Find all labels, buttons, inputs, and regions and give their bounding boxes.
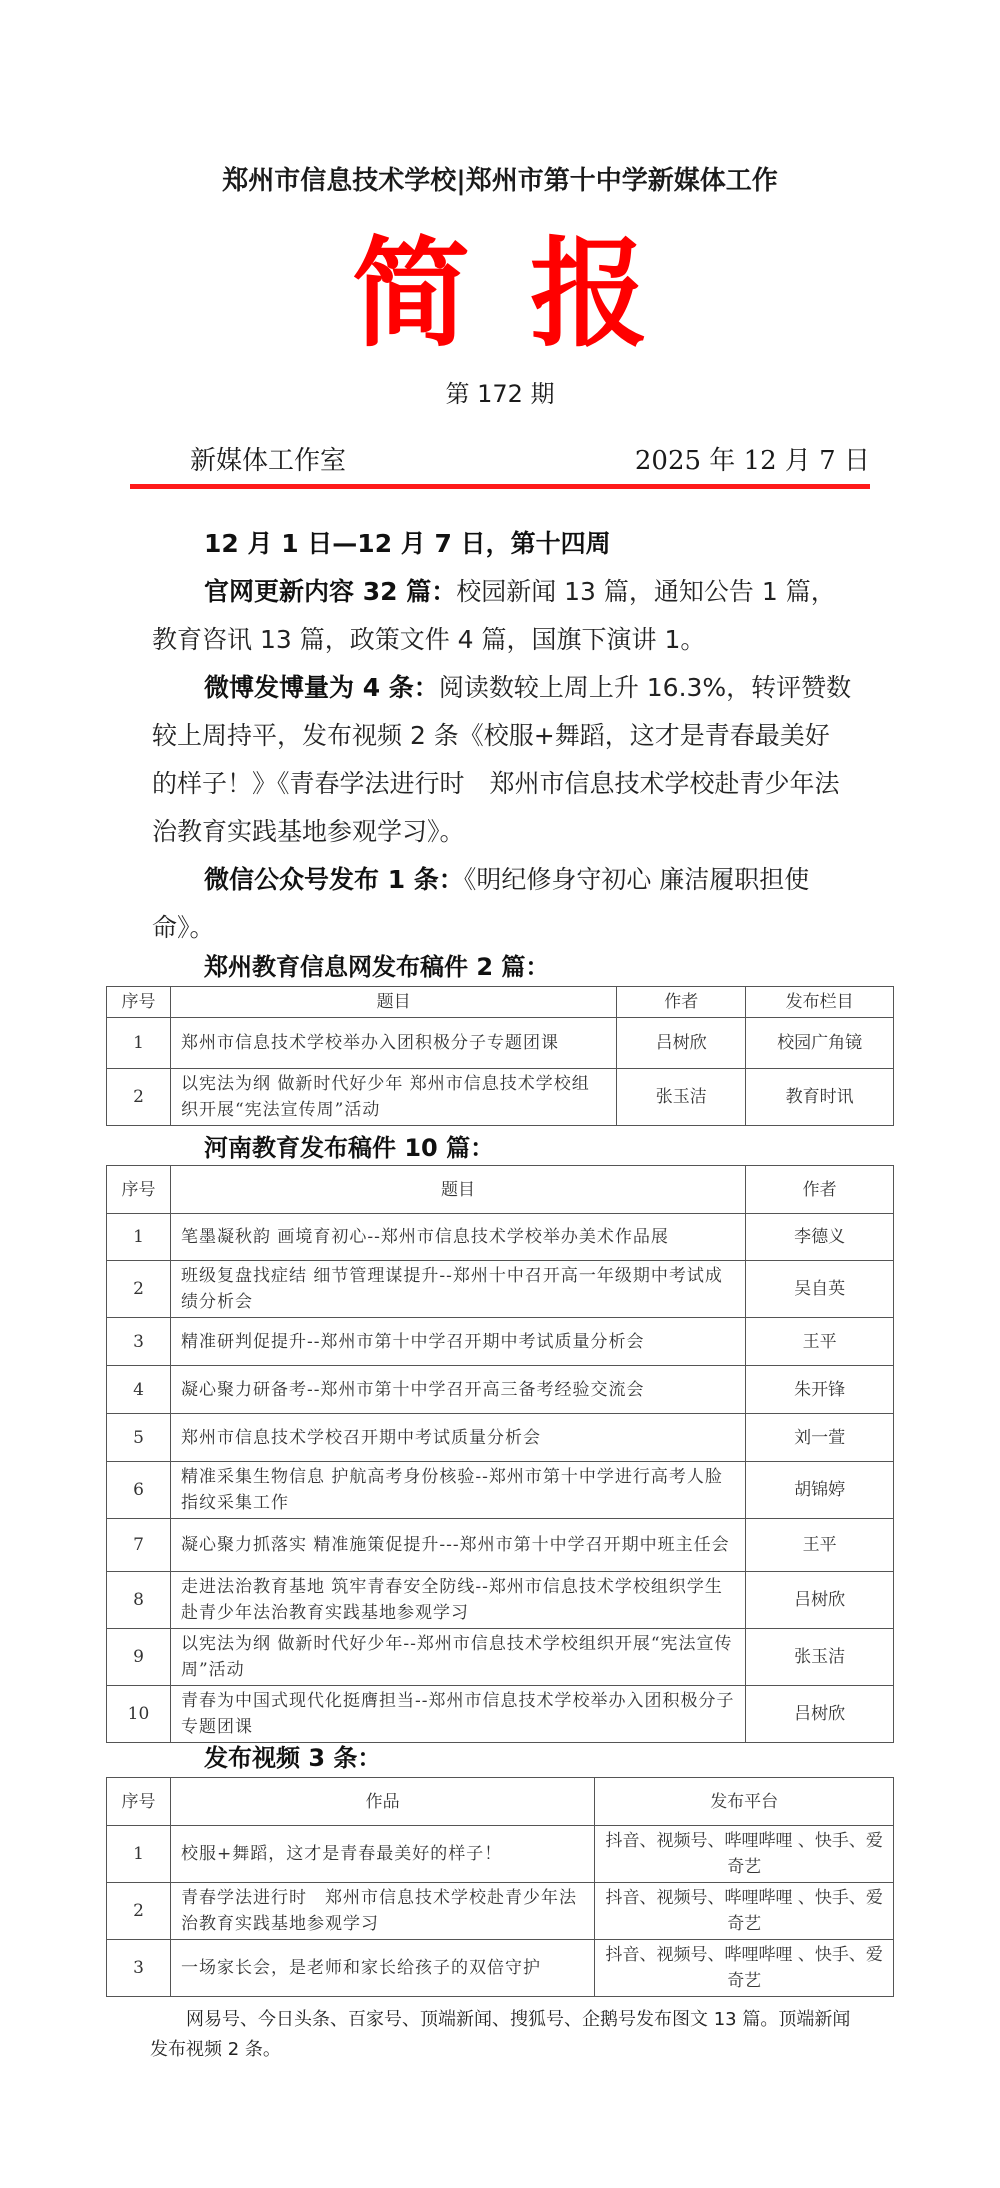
weibo-lead: 微博发博量为 4 条： (204, 673, 439, 702)
zz-edu-heading: 郑州教育信息网发布稿件 2 篇： (204, 947, 549, 982)
cell-title: 郑州市信息技术学校召开期中考试质量分析会 (170, 1414, 745, 1462)
table-row: 6 精准采集生物信息 护航高考身份核验--郑州市第十中学进行高考人脸指纹采集工作… (107, 1462, 894, 1519)
cell-title: 精准采集生物信息 护航高考身份核验--郑州市第十中学进行高考人脸指纹采集工作 (170, 1462, 745, 1519)
cell-no: 8 (107, 1572, 171, 1629)
cell-author: 吕树欣 (746, 1686, 894, 1743)
cell-no: 9 (107, 1629, 171, 1686)
weibo-summary: 微博发博量为 4 条：阅读数较上周上升 16.3%，转评赞数较上周持平，发布视频… (152, 664, 852, 856)
cell-no: 3 (107, 1318, 171, 1366)
table-row: 2 青春学法进行时 郑州市信息技术学校赴青少年法治教育实践基地参观学习 抖音、视… (107, 1883, 894, 1940)
table-row: 10 青春为中国式现代化挺膺担当--郑州市信息技术学校举办入团积极分子专题团课 … (107, 1686, 894, 1743)
cell-no: 10 (107, 1686, 171, 1743)
wechat-lead: 微信公众号发布 1 条： (204, 865, 464, 894)
cell-author: 王平 (746, 1519, 894, 1572)
henan-edu-table: 序号 题目 作者 1 笔墨凝秋韵 画境育初心--郑州市信息技术学校举办美术作品展… (106, 1165, 894, 1743)
org-title: 郑州市信息技术学校|郑州市第十中学新媒体工作 (0, 160, 1000, 197)
zz-edu-table: 序号 题目 作者 发布栏目 1 郑州市信息技术学校举办入团积极分子专题团课 吕树… (106, 986, 894, 1126)
cell-title: 以宪法为纲 做新时代好少年--郑州市信息技术学校组织开展“宪法宣传周”活动 (170, 1629, 745, 1686)
table-row: 8 走进法治教育基地 筑牢青春安全防线--郑州市信息技术学校组织学生赴青少年法治… (107, 1572, 894, 1629)
cell-title: 凝心聚力研备考--郑州市第十中学召开高三备考经验交流会 (170, 1366, 745, 1414)
table-header-row: 序号 作品 发布平台 (107, 1778, 894, 1826)
cell-author: 吕树欣 (746, 1572, 894, 1629)
cell-no: 7 (107, 1519, 171, 1572)
office-name: 新媒体工作室 (190, 440, 346, 477)
col-header-author: 作者 (746, 1166, 894, 1214)
cell-column: 校园广角镜 (746, 1018, 894, 1069)
cell-author: 朱开锋 (746, 1366, 894, 1414)
cell-platform: 抖音、视频号、哔哩哔哩 、快手、爱奇艺 (595, 1940, 894, 1997)
cell-author: 吕树欣 (617, 1018, 746, 1069)
footer-note: 网易号、今日头条、百家号、顶端新闻、搜狐号、企鹅号发布图文 13 篇。顶端新闻发… (150, 2005, 860, 2065)
cell-title: 精准研判促提升--郑州市第十中学召开期中考试质量分析会 (170, 1318, 745, 1366)
cell-no: 2 (107, 1261, 171, 1318)
col-header-work: 作品 (170, 1778, 594, 1826)
table-row: 2 班级复盘找症结 细节管理谋提升--郑州十中召开高一年级期中考试成绩分析会 吴… (107, 1261, 894, 1318)
col-header-author: 作者 (617, 987, 746, 1018)
videos-table: 序号 作品 发布平台 1 校服+舞蹈，这才是青春最美好的样子！ 抖音、视频号、哔… (106, 1777, 894, 1997)
cell-work: 校服+舞蹈，这才是青春最美好的样子！ (170, 1826, 594, 1883)
cell-no: 1 (107, 1214, 171, 1261)
cell-no: 1 (107, 1018, 171, 1069)
table-row: 9 以宪法为纲 做新时代好少年--郑州市信息技术学校组织开展“宪法宣传周”活动 … (107, 1629, 894, 1686)
week-label: 12 月 1 日—12 月 7 日，第十四周 (204, 529, 611, 558)
cell-work: 一场家长会，是老师和家长给孩子的双倍守护 (170, 1940, 594, 1997)
table-row: 2 以宪法为纲 做新时代好少年 郑州市信息技术学校组织开展“宪法宣传周”活动 张… (107, 1069, 894, 1126)
table-row: 7 凝心聚力抓落实 精准施策促提升---郑州市第十中学召开期中班主任会 王平 (107, 1519, 894, 1572)
website-lead: 官网更新内容 32 篇： (204, 577, 456, 606)
col-header-title: 题目 (170, 1166, 745, 1214)
col-header-no: 序号 (107, 1166, 171, 1214)
table-row: 3 精准研判促提升--郑州市第十中学召开期中考试质量分析会 王平 (107, 1318, 894, 1366)
henan-edu-heading: 河南教育发布稿件 10 篇： (204, 1128, 494, 1163)
cell-no: 4 (107, 1366, 171, 1414)
cell-title: 凝心聚力抓落实 精准施策促提升---郑州市第十中学召开期中班主任会 (170, 1519, 745, 1572)
cell-author: 吴自英 (746, 1261, 894, 1318)
red-divider (130, 484, 870, 489)
table-row: 1 笔墨凝秋韵 画境育初心--郑州市信息技术学校举办美术作品展 李德义 (107, 1214, 894, 1261)
issue-number: 第 172 期 (0, 374, 1000, 409)
cell-work: 青春学法进行时 郑州市信息技术学校赴青少年法治教育实践基地参观学习 (170, 1883, 594, 1940)
table-row: 1 校服+舞蹈，这才是青春最美好的样子！ 抖音、视频号、哔哩哔哩 、快手、爱奇艺 (107, 1826, 894, 1883)
table-row: 5 郑州市信息技术学校召开期中考试质量分析会 刘一萱 (107, 1414, 894, 1462)
table-row: 4 凝心聚力研备考--郑州市第十中学召开高三备考经验交流会 朱开锋 (107, 1366, 894, 1414)
table-row: 3 一场家长会，是老师和家长给孩子的双倍守护 抖音、视频号、哔哩哔哩 、快手、爱… (107, 1940, 894, 1997)
week-summary: 12 月 1 日—12 月 7 日，第十四周 (152, 520, 852, 568)
cell-author: 张玉洁 (617, 1069, 746, 1126)
cell-title: 笔墨凝秋韵 画境育初心--郑州市信息技术学校举办美术作品展 (170, 1214, 745, 1261)
cell-platform: 抖音、视频号、哔哩哔哩 、快手、爱奇艺 (595, 1826, 894, 1883)
col-header-no: 序号 (107, 987, 171, 1018)
cell-no: 1 (107, 1826, 171, 1883)
videos-heading: 发布视频 3 条： (204, 1738, 381, 1773)
col-header-platform: 发布平台 (595, 1778, 894, 1826)
col-header-column: 发布栏目 (746, 987, 894, 1018)
cell-title: 走进法治教育基地 筑牢青春安全防线--郑州市信息技术学校组织学生赴青少年法治教育… (170, 1572, 745, 1629)
footer-note-text: 网易号、今日头条、百家号、顶端新闻、搜狐号、企鹅号发布图文 13 篇。顶端新闻发… (150, 2009, 850, 2060)
cell-author: 胡锦婷 (746, 1462, 894, 1519)
cell-author: 张玉洁 (746, 1629, 894, 1686)
table-header-row: 序号 题目 作者 (107, 1166, 894, 1214)
table-row: 1 郑州市信息技术学校举办入团积极分子专题团课 吕树欣 校园广角镜 (107, 1018, 894, 1069)
cell-author: 李德义 (746, 1214, 894, 1261)
cell-platform: 抖音、视频号、哔哩哔哩 、快手、爱奇艺 (595, 1883, 894, 1940)
masthead-title: 简报 (0, 235, 1000, 353)
cell-title: 班级复盘找症结 细节管理谋提升--郑州十中召开高一年级期中考试成绩分析会 (170, 1261, 745, 1318)
cell-title: 以宪法为纲 做新时代好少年 郑州市信息技术学校组织开展“宪法宣传周”活动 (170, 1069, 616, 1126)
cell-no: 2 (107, 1069, 171, 1126)
col-header-no: 序号 (107, 1778, 171, 1826)
cell-no: 2 (107, 1883, 171, 1940)
cell-column: 教育时讯 (746, 1069, 894, 1126)
cell-title: 郑州市信息技术学校举办入团积极分子专题团课 (170, 1018, 616, 1069)
cell-author: 王平 (746, 1318, 894, 1366)
issue-date: 2025 年 12 月 7 日 (635, 440, 870, 477)
col-header-title: 题目 (170, 987, 616, 1018)
cell-title: 青春为中国式现代化挺膺担当--郑州市信息技术学校举办入团积极分子专题团课 (170, 1686, 745, 1743)
wechat-summary: 微信公众号发布 1 条：《明纪修身守初心 廉洁履职担使命》。 (152, 856, 852, 952)
cell-author: 刘一萱 (746, 1414, 894, 1462)
cell-no: 5 (107, 1414, 171, 1462)
website-summary: 官网更新内容 32 篇：校园新闻 13 篇，通知公告 1 篇，教育咨讯 13 篇… (152, 568, 852, 664)
table-header-row: 序号 题目 作者 发布栏目 (107, 987, 894, 1018)
cell-no: 6 (107, 1462, 171, 1519)
cell-no: 3 (107, 1940, 171, 1997)
